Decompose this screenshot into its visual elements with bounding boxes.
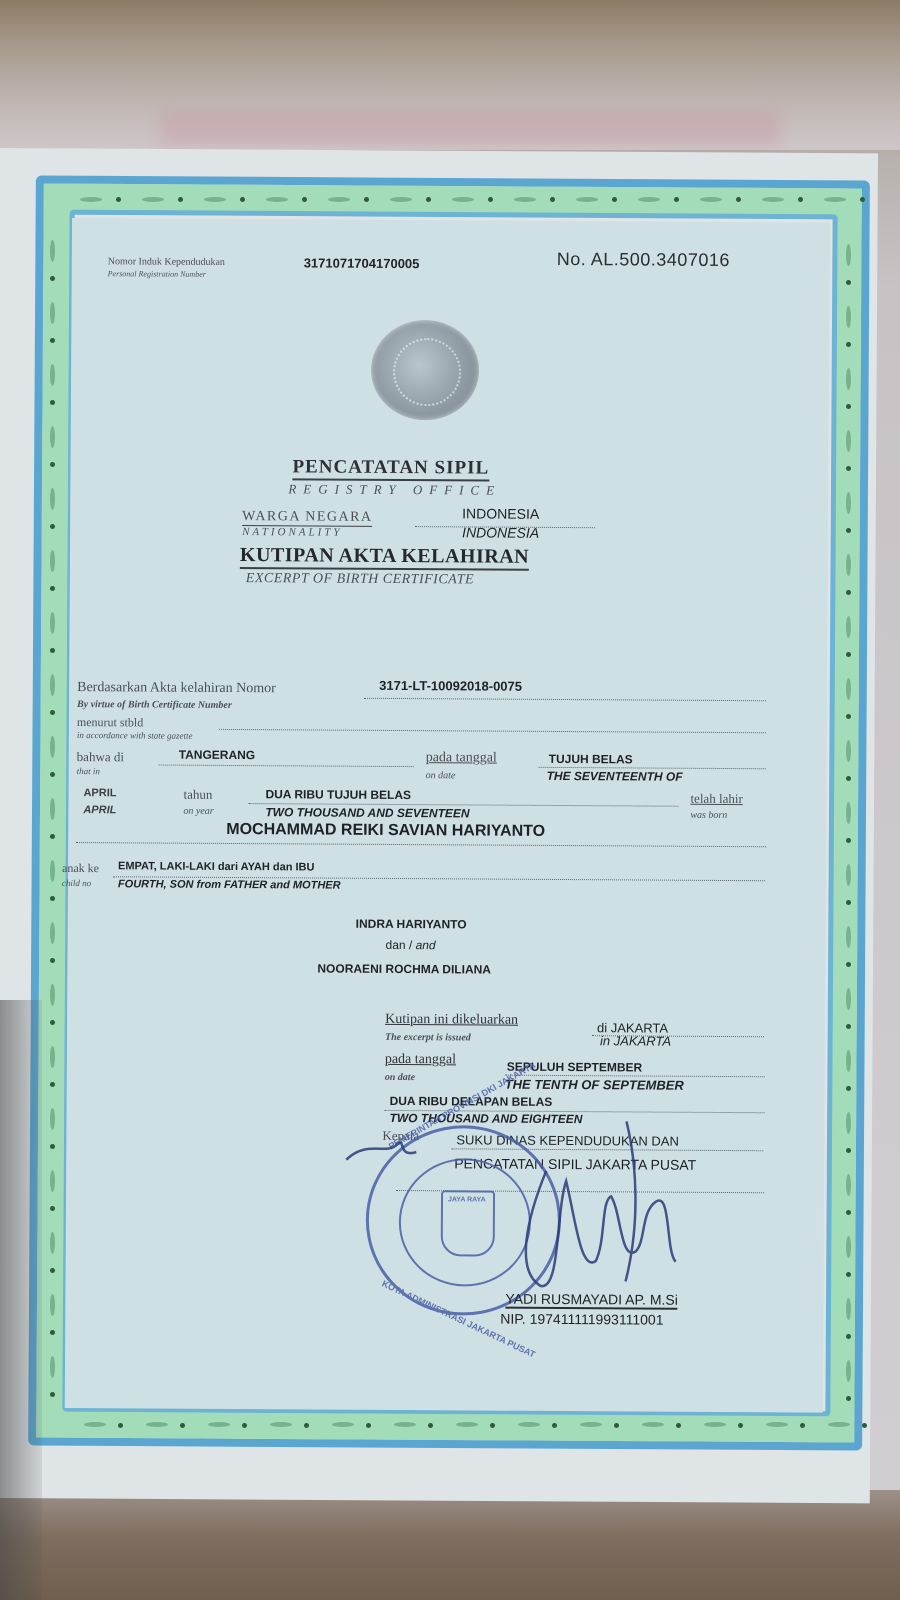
nationality-value: INDONESIA (462, 505, 539, 521)
cert-number-label-en: By virtue of Birth Certificate Number (77, 699, 232, 711)
and-label: dan / (386, 938, 413, 952)
mother-name: NOORAENI ROCHMA DILIANA (317, 962, 491, 977)
date-value-en: THE SEVENTEENTH OF (547, 769, 683, 784)
official-name: YADI RUSMAYADI AP. M.Si (505, 1291, 678, 1310)
born-label-en: was born (690, 810, 727, 821)
date-label: pada tanggal (426, 750, 497, 766)
official-nip: NIP. 197411111993111001 (500, 1311, 663, 1328)
stbld-label-en: in accordance with state gazette (77, 730, 193, 741)
year-label: tahun (183, 787, 212, 803)
nik-value: 3171071704170005 (304, 255, 420, 271)
father-name: INDRA HARIYANTO (356, 917, 467, 932)
background-surface-bottom (0, 1490, 900, 1600)
official-signature (325, 1100, 686, 1302)
place-label: bahwa di (77, 749, 124, 765)
background-plastic-reflection (160, 110, 780, 145)
year-value-en: TWO THOUSAND AND SEVENTEEN (265, 805, 469, 820)
date-label-en: on date (426, 770, 456, 781)
photo-shadow (0, 1000, 42, 1600)
child-no-label: anak ke (62, 861, 99, 876)
nik-label-en: Personal Registration Number (108, 269, 206, 279)
nationality-label-en: NATIONALITY (242, 526, 343, 539)
year-label-en: on year (183, 806, 213, 817)
office-title: PENCATATAN SIPIL (292, 456, 489, 481)
cert-number-value: 3171-LT-10092018-0075 (379, 678, 522, 694)
issued-label-en: The excerpt is issued (385, 1032, 471, 1044)
year-value: DUA RIBU TUJUH BELAS (265, 787, 411, 802)
document-title-en: EXCERPT OF BIRTH CERTIFICATE (246, 571, 474, 588)
month-value: APRIL (83, 787, 116, 799)
born-label: telah lahir (690, 791, 742, 807)
and-connector: dan / and (386, 938, 436, 952)
issued-date-label: pada tanggal (385, 1052, 456, 1068)
month-value-en: APRIL (83, 804, 116, 816)
stbld-label: menurut stbld (77, 715, 143, 730)
cert-number-label: Berdasarkan Akta kelahiran Nomor (77, 680, 276, 697)
date-value: TUJUH BELAS (549, 752, 633, 767)
office-title-en: REGISTRY OFFICE (288, 481, 501, 498)
issued-date-en: THE TENTH OF SEPTEMBER (505, 1077, 684, 1093)
nationality-label: WARGA NEGARA (242, 509, 372, 527)
child-name: MOCHAMMAD REIKI SAVIAN HARIYANTO (226, 821, 545, 841)
document-number: No. AL.500.3407016 (557, 249, 730, 271)
place-value: TANGERANG (179, 748, 256, 762)
nationality-value-en: INDONESIA (462, 524, 539, 540)
child-no-label-en: child no (62, 878, 91, 888)
issued-date-label-en: on date (385, 1072, 415, 1083)
child-no-value: EMPAT, LAKI-LAKI dari AYAH dan IBU (118, 860, 314, 873)
issued-label: Kutipan ini dikeluarkan (385, 1012, 518, 1029)
document-title: KUTIPAN AKTA KELAHIRAN (240, 544, 529, 571)
certificate-body: Nomor Induk Kependudukan Personal Regist… (65, 218, 830, 1413)
child-no-value-en: FOURTH, SON from FATHER and MOTHER (118, 878, 341, 891)
and-label-en: and (416, 938, 436, 952)
place-label-en: that in (77, 766, 100, 776)
garuda-emblem-icon (371, 320, 480, 421)
nik-label: Nomor Induk Kependudukan (108, 256, 225, 268)
